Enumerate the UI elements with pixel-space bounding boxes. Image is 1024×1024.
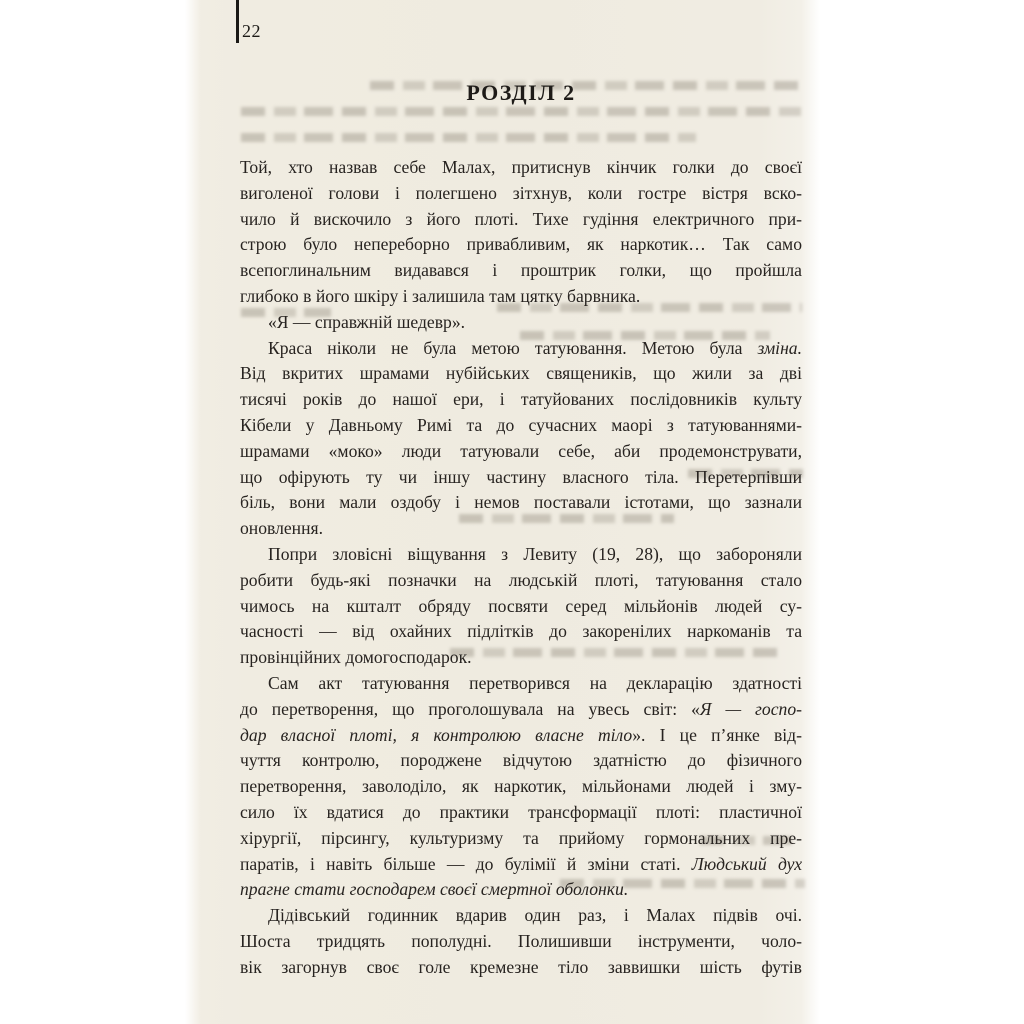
- text-line: перетворення, заволоділо, як наркотик, м…: [240, 774, 802, 800]
- page-number: 22: [242, 22, 261, 40]
- text-line: біль, вони мали оздобу і немов поставали…: [240, 490, 802, 516]
- text-line: оновлення.: [240, 516, 802, 542]
- bleedthrough-mark: [241, 107, 803, 116]
- text-line: всепоглинальним видавався і проштрик гол…: [240, 258, 802, 284]
- text-line: Шоста тридцять пополудні. Полишивши інст…: [240, 929, 802, 955]
- bleedthrough-mark: [241, 133, 696, 142]
- text-line: Сам акт татуювання перетворився на декла…: [240, 671, 802, 697]
- text-line: до перетворення, що проголошувала на уве…: [240, 697, 802, 723]
- text-line: Краса ніколи не була метою татуювання. М…: [240, 336, 802, 362]
- text-line: паратів, і навіть більше — до булімії й …: [240, 852, 802, 878]
- text-line: хірургії, пірсингу, культуризму та прийо…: [240, 826, 802, 852]
- text-line: що офірують ту чи іншу частину власного …: [240, 465, 802, 491]
- text-line: робити будь-які позначки на людській пло…: [240, 568, 802, 594]
- text-line: чило й вискочило з його плоті. Тихе гуді…: [240, 207, 802, 233]
- body-text: Той, хто назвав себе Малах, притиснув кі…: [240, 155, 802, 981]
- text-line: вік загорнув своє голе кремезне тіло зав…: [240, 955, 802, 981]
- text-line: тисячі років до нашої ери, і татуйованих…: [240, 387, 802, 413]
- text-line: провінційних домогосподарок.: [240, 645, 802, 671]
- text-line: шрамами «моко» люди татуювали себе, аби …: [240, 439, 802, 465]
- scanned-book-page: 22 РОЗДІЛ 2 Той, хто назвав себе Малах, …: [0, 0, 1024, 1024]
- text-line: Кібели у Давньому Римі та до сучасних ма…: [240, 413, 802, 439]
- text-line: глибоко в його шкіру і залишила там цятк…: [240, 284, 802, 310]
- text-line: часності — від охайних підлітків до зако…: [240, 619, 802, 645]
- text-line: строю було непереборно привабливим, як н…: [240, 232, 802, 258]
- text-line: «Я — справжній шедевр».: [240, 310, 802, 336]
- text-line: чуття контролю, породжене відчутою здатн…: [240, 748, 802, 774]
- text-line: дар власної плоті, я контролюю власне ті…: [240, 723, 802, 749]
- page-edge-mark: [236, 0, 239, 43]
- text-line: прагне стати господарем своєї смертної о…: [240, 877, 802, 903]
- chapter-heading: РОЗДІЛ 2: [240, 80, 802, 106]
- text-line: чимось на кшталт обряду посвяти серед мі…: [240, 594, 802, 620]
- text-line: Від вкритих шрамами нубійських священикі…: [240, 361, 802, 387]
- text-line: сило їх вдатися до практики трансформаці…: [240, 800, 802, 826]
- text-line: Той, хто назвав себе Малах, притиснув кі…: [240, 155, 802, 181]
- text-line: Дідівський годинник вдарив один раз, і М…: [240, 903, 802, 929]
- text-line: Попри зловісні віщування з Левиту (19, 2…: [240, 542, 802, 568]
- text-line: виголеної голови і полегшено зітхнув, ко…: [240, 181, 802, 207]
